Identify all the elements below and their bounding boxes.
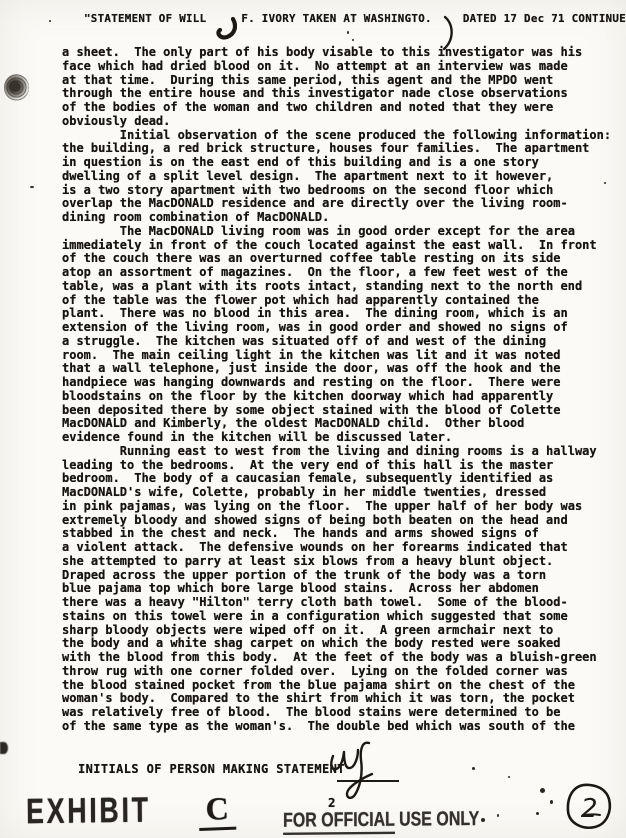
exhibit-stamp: EXHIBIT	[26, 792, 151, 832]
scan-speck	[347, 31, 349, 34]
official-use-stamp-underlined: FOR OFFICIAL	[283, 808, 395, 835]
header-text-mid: F. IVORY TAKEN AT WASHINGTO.	[241, 12, 431, 26]
scan-speck	[49, 20, 51, 22]
official-use-stamp: FOR OFFICIAL USE ONLY	[283, 807, 479, 831]
scan-speck	[508, 776, 510, 778]
handwritten-hook-mark	[215, 17, 237, 43]
body-paragraph: a sheet. The only part of his body visab…	[62, 46, 614, 129]
scan-speck	[536, 812, 539, 815]
body-paragraph: Initial observation of the scene produce…	[62, 129, 614, 225]
exhibit-letter: C	[198, 791, 236, 831]
header-text-prefix: "STATEMENT OF WILL	[84, 12, 206, 26]
ink-smudge-blob	[4, 74, 29, 101]
handwritten-initials-strokes	[329, 740, 379, 802]
corner-scan-mark	[0, 742, 8, 754]
scan-speck	[540, 788, 545, 793]
scan-speck	[30, 186, 34, 188]
scan-speck	[472, 767, 475, 770]
document-header: "STATEMENT OF WILL F. IVORY TAKEN AT WAS…	[84, 12, 626, 48]
statement-body: a sheet. The only part of his body visab…	[62, 46, 614, 734]
body-paragraph: The MacDONALD living room was in good or…	[62, 225, 614, 445]
scanned-document-page: "STATEMENT OF WILL F. IVORY TAKEN AT WAS…	[0, 0, 626, 838]
scan-speck	[604, 182, 606, 184]
handwritten-initials: WF	[329, 740, 379, 806]
circled-number-glyph: 2	[581, 794, 598, 824]
scan-speck	[481, 818, 485, 822]
header-text-suffix: DATED 17 Dec 71 CONTINUED."	[463, 12, 626, 26]
scan-speck	[550, 800, 553, 804]
official-use-stamp-rest: USE ONLY	[395, 807, 480, 830]
initials-label: INITIALS OF PERSON MAKING STATEMENT	[78, 762, 345, 776]
scan-speck	[352, 39, 354, 41]
body-paragraph: Running east to west from the living and…	[62, 445, 614, 734]
circled-page-number: 2	[560, 780, 618, 838]
scan-speck	[497, 814, 499, 817]
